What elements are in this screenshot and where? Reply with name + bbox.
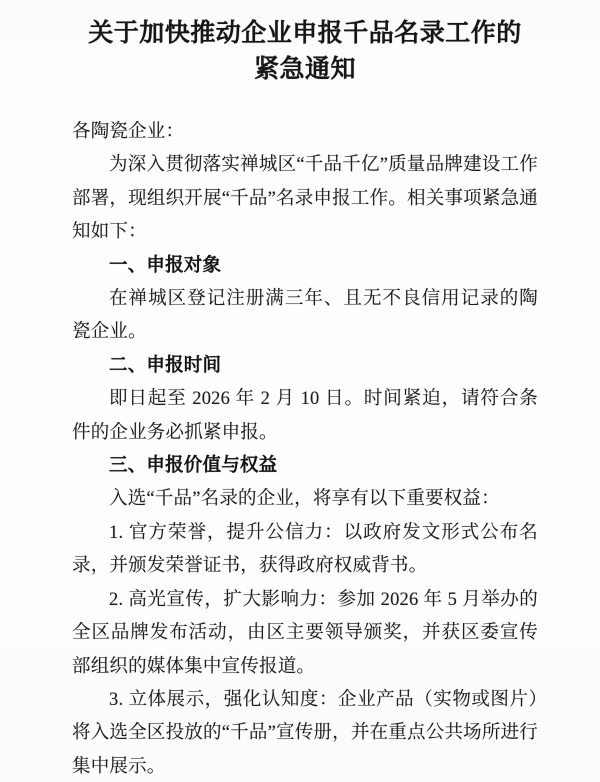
title-line-1: 关于加快推动企业申报千品名录工作的 (72, 16, 538, 52)
page-title: 关于加快推动企业申报千品名录工作的 紧急通知 (72, 16, 538, 88)
title-line-2: 紧急通知 (72, 52, 538, 88)
benefit-item-2: 2. 高光宣传，扩大影响力：参加 2026 年 5 月举办的全区品牌发布活动，由… (72, 584, 538, 684)
section-heading-3: 三、申报价值与权益 (72, 450, 538, 483)
section-1-body: 在禅城区登记注册满三年、且无不良信用记录的陶瓷企业。 (72, 283, 538, 350)
document-body: 各陶瓷企业： 为深入贯彻落实禅城区“千品千亿”质量品牌建设工作部署，现组织开展“… (72, 116, 538, 782)
section-heading-1: 一、申报对象 (72, 250, 538, 283)
section-2-body: 即日起至 2026 年 2 月 10 日。时间紧迫，请符合条件的企业务必抓紧申报… (72, 383, 538, 450)
notice-document: 关于加快推动企业申报千品名录工作的 紧急通知 各陶瓷企业： 为深入贯彻落实禅城区… (0, 0, 600, 782)
benefit-item-3: 3. 立体展示，强化认知度：企业产品（实物或图片）将入选全区投放的“千品”宣传册… (72, 684, 538, 782)
section-heading-2: 二、申报时间 (72, 350, 538, 383)
intro-paragraph: 为深入贯彻落实禅城区“千品千亿”质量品牌建设工作部署，现组织开展“千品”名录申报… (72, 149, 538, 249)
benefit-item-1: 1. 官方荣誉，提升公信力：以政府发文形式公布名录，并颁发荣誉证书，获得政府权威… (72, 517, 538, 584)
section-3-intro: 入选“千品”名录的企业，将享有以下重要权益： (72, 483, 538, 516)
salutation: 各陶瓷企业： (72, 116, 538, 149)
